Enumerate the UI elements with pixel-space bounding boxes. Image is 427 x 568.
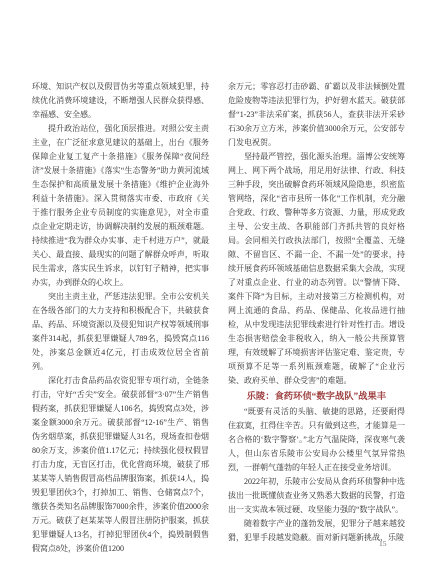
section-heading: 乐陵：食药环侦“数字战队”战果丰	[228, 390, 405, 404]
paragraph: 提升政治站位，强化顶层推进。对照公安主责主业，在广泛征求意见建议的基础上，出台《…	[32, 122, 209, 290]
magazine-page: 环境、知识产权以及假冒伪劣等重点领域犯罪，持续优化消费环境建设，不断增强人民群众…	[0, 0, 427, 568]
paragraph: 深化打击食品药品农资犯罪专项行动，全链条打击，守好“舌尖”安全。破获部督“3·0…	[32, 374, 209, 556]
page-content: 环境、知识产权以及假冒伪劣等重点领域犯罪，持续优化消费环境建设，不断增强人民群众…	[0, 0, 427, 556]
page-number: 15	[379, 539, 387, 548]
paragraph: 环境、知识产权以及假冒伪劣等重点领域犯罪，持续优化消费环境建设，不断增强人民群众…	[32, 80, 209, 122]
left-column: 环境、知识产权以及假冒伪劣等重点领域犯罪，持续优化消费环境建设，不断增强人民群众…	[32, 80, 209, 556]
paragraph: 突出主责主业，严惩违法犯罪。全市公安机关在各级各部门的大力支持和积极配合下，共破…	[32, 290, 209, 374]
paragraph: “既要有灵活的头脑、敏捷的思路，还要耐得住寂寞，扛得住辛苦。只有做到这些，才能算…	[228, 405, 405, 475]
paragraph: 2022年初，乐陵市公安局从食药环侦警种中选拔出一批既懂侦查业务又熟悉大数据的民…	[228, 475, 405, 517]
paragraph: 余万元；零容忍打击砂霸、矿霸以及非法倾倒处置危险废物等违法犯罪行为，护好碧水蓝天…	[228, 80, 405, 150]
paragraph: 坚持最严管控，强化源头治理。淄博公安统筹网上、网下两个战场，用足用好法律、行政、…	[228, 150, 405, 388]
right-column: 余万元；零容忍打击砂霸、矿霸以及非法倾倒处置危险废物等违法犯罪行为，护好碧水蓝天…	[228, 80, 405, 556]
